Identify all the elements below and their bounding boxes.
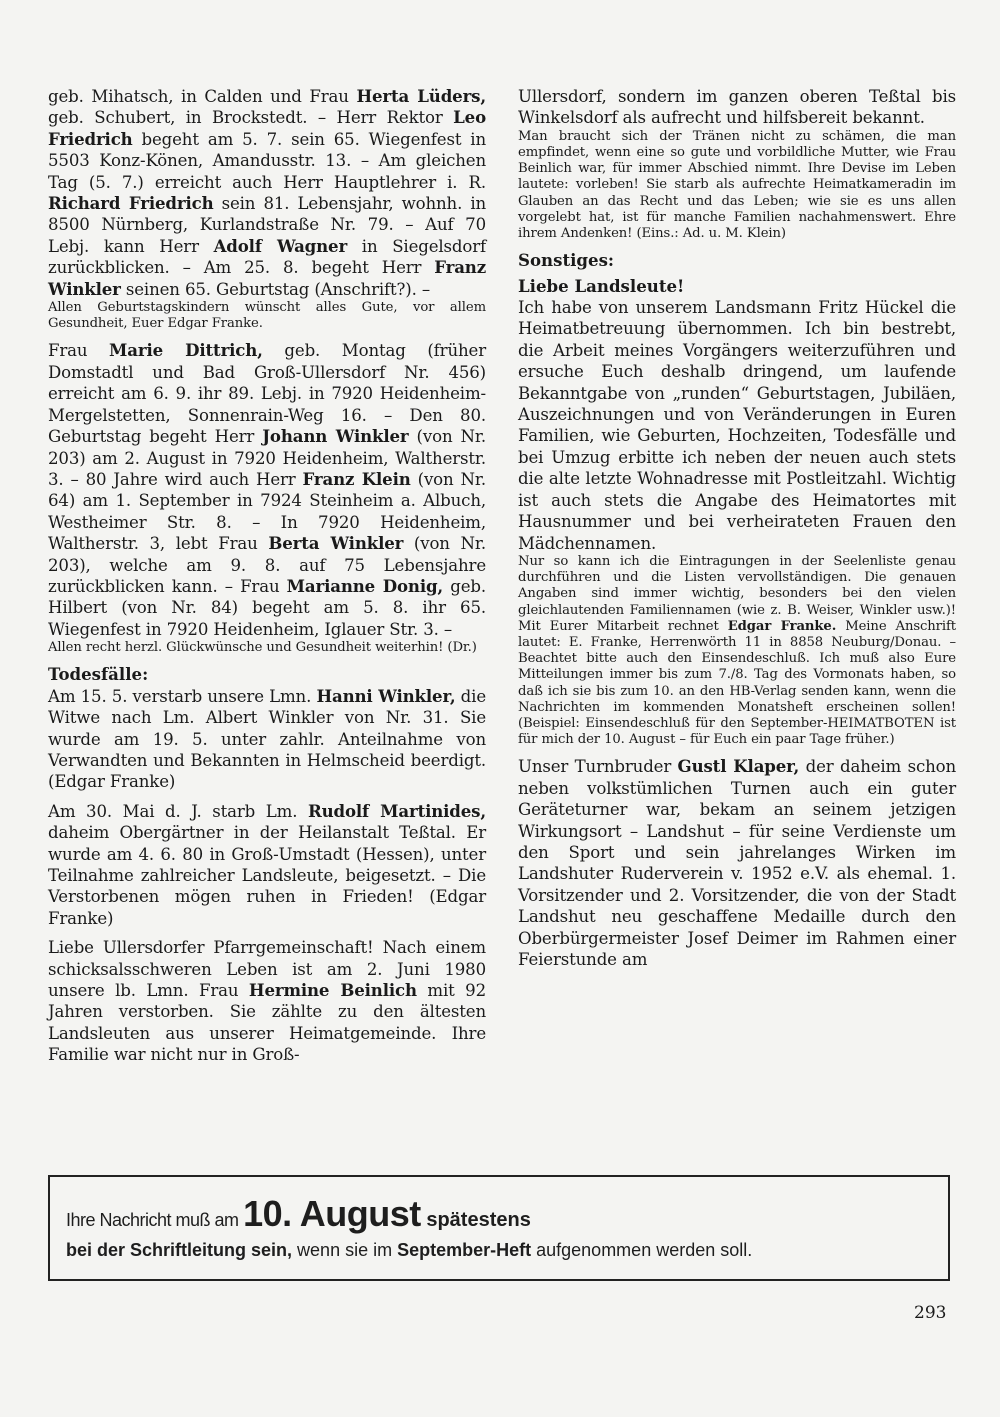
- birthdays-paragraph-2: Frau Marie Dittrich, geb. Montag (früher…: [48, 340, 486, 640]
- person-name: Edgar Franke.: [728, 619, 837, 634]
- person-name: Gustl Klaper,: [678, 756, 800, 776]
- person-name: Franz Klein: [303, 469, 411, 489]
- birthdays-note-2: Allen recht herzl. Glückwünsche und Gesu…: [48, 640, 486, 656]
- birthdays-note-1: Allen Geburtstagskindern wünscht alles G…: [48, 300, 486, 332]
- obituary-paragraph-3: Liebe Ullersdorfer Pfarrgemeinschaft! Na…: [48, 937, 486, 1065]
- person-name: Johann Winkler: [262, 426, 408, 446]
- left-column: geb. Mihatsch, in Calden und Frau Herta …: [48, 86, 486, 1066]
- right-column: Ullersdorf, sondern im ganzen oberen Teß…: [518, 86, 956, 970]
- person-name: Herta Lüders,: [356, 86, 486, 106]
- person-name: Marianne Donig,: [287, 576, 443, 596]
- person-name: Hanni Winkler,: [316, 686, 455, 706]
- deadline-date: 10. August: [243, 1193, 421, 1234]
- obituary-continuation: Ullersdorf, sondern im ganzen oberen Teß…: [518, 86, 956, 129]
- birthdays-paragraph-1: geb. Mihatsch, in Calden und Frau Herta …: [48, 86, 486, 300]
- person-name: Rudolf Martinides,: [308, 801, 486, 821]
- person-name: Marie Dittrich,: [109, 340, 263, 360]
- section-heading-deaths: Todesfälle:: [48, 664, 486, 685]
- person-name: Richard Friedrich: [48, 193, 214, 213]
- section-heading-misc: Sonstiges:: [518, 250, 956, 271]
- obituary-paragraph-2: Am 30. Mai d. J. starb Lm. Rudolf Martin…: [48, 801, 486, 929]
- deadline-notice-line-1: Ihre Nachricht muß am 10. August spätest…: [66, 1193, 531, 1235]
- announcement-note: Nur so kann ich die Eintragungen in der …: [518, 554, 956, 748]
- obituary-note: Man braucht sich der Tränen nicht zu sch…: [518, 129, 956, 242]
- obituary-paragraph-1: Am 15. 5. verstarb unsere Lmn. Hanni Win…: [48, 686, 486, 793]
- person-name: Adolf Wagner: [214, 236, 347, 256]
- deadline-notice-line-2: bei der Schriftleitung sein, wenn sie im…: [66, 1240, 752, 1261]
- page-number: 293: [914, 1303, 946, 1323]
- deadline-notice-box: Ihre Nachricht muß am 10. August spätest…: [48, 1175, 950, 1281]
- person-name: Hermine Beinlich: [249, 980, 417, 1000]
- greeting-heading: Liebe Landsleute!: [518, 276, 956, 297]
- announcement-paragraph: Ich habe von unserem Landsmann Fritz Hüc…: [518, 297, 956, 554]
- person-name: Berta Winkler: [268, 533, 403, 553]
- award-paragraph: Unser Turnbruder Gustl Klaper, der dahei…: [518, 756, 956, 970]
